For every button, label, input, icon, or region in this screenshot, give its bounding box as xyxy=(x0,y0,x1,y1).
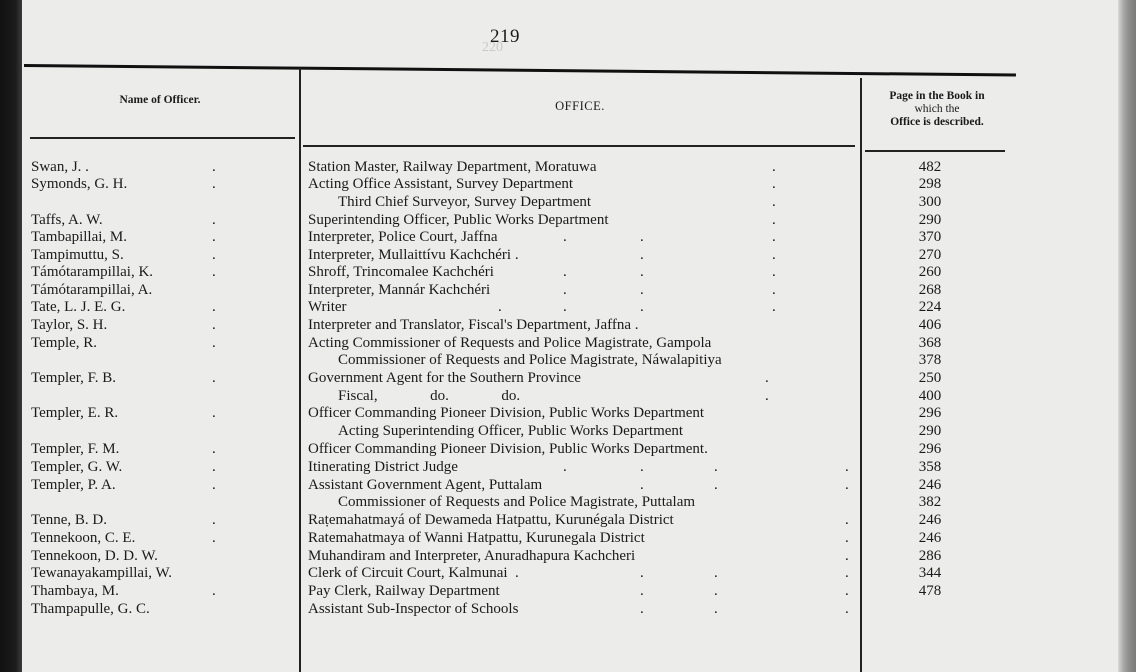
leader-dot: . xyxy=(772,175,776,193)
column-header-page-line1: Page in the Book in xyxy=(862,90,1012,103)
officer-name: Támótarampillai, K. xyxy=(31,263,153,281)
page-reference: 478 xyxy=(900,582,960,600)
column-header-page: Page in the Book in which the Office is … xyxy=(862,90,1012,129)
office-title: Interpreter, Police Court, Jaffna xyxy=(308,228,497,246)
header-rule-office xyxy=(303,145,855,147)
leader-dot: . xyxy=(772,281,776,299)
column-header-office: OFFICE. xyxy=(480,100,680,113)
leader-dot: . xyxy=(212,316,216,334)
table-row: Acting Superintending Officer, Public Wo… xyxy=(0,422,1136,440)
office-title: Commissioner of Requests and Police Magi… xyxy=(338,493,695,511)
leader-dot: . xyxy=(212,529,216,547)
table-row: Tennekoon, C. E..Ratemahatmaya of Wanni … xyxy=(0,529,1136,547)
page-reference: 290 xyxy=(900,211,960,229)
page-reference: 246 xyxy=(900,529,960,547)
page-reference: 246 xyxy=(900,511,960,529)
table-row: Swan, J. ..Station Master, Railway Depar… xyxy=(0,158,1136,176)
leader-dot: . xyxy=(845,547,849,565)
office-title: Officer Commanding Pioneer Division, Pub… xyxy=(308,404,704,422)
table-row: Támótarampillai, K..Shroff, Trincomalee … xyxy=(0,263,1136,281)
table-row: Symonds, G. H..Acting Office Assistant, … xyxy=(0,175,1136,193)
leader-dot: . xyxy=(714,564,718,582)
leader-dot: . xyxy=(772,158,776,176)
table-row: Templer, E. R..Officer Commanding Pionee… xyxy=(0,404,1136,422)
column-header-page-line2: which the xyxy=(862,103,1012,116)
leader-dot: . xyxy=(563,458,567,476)
leader-dot: . xyxy=(212,228,216,246)
leader-dot: . xyxy=(212,263,216,281)
officer-name: Templer, F. B. xyxy=(31,369,116,387)
leader-dot: . xyxy=(563,298,567,316)
leader-dot: . xyxy=(772,246,776,264)
office-title: Acting Commissioner of Requests and Poli… xyxy=(308,334,711,352)
leader-dot: . xyxy=(640,600,644,618)
office-title: Fiscal, do. do. xyxy=(338,387,520,405)
page-reference: 298 xyxy=(900,175,960,193)
page-reference: 290 xyxy=(900,422,960,440)
page-reference: 400 xyxy=(900,387,960,405)
table-row: Tenne, B. D..Raṭemahatmayá of Dewameda H… xyxy=(0,511,1136,529)
page-reference: 246 xyxy=(900,476,960,494)
officer-name: Taffs, A. W. xyxy=(31,211,103,229)
officer-name: Templer, G. W. xyxy=(31,458,122,476)
leader-dot: . xyxy=(772,211,776,229)
leader-dot: . xyxy=(640,228,644,246)
page-reference: 260 xyxy=(900,263,960,281)
leader-dot: . xyxy=(640,298,644,316)
office-title: Acting Office Assistant, Survey Departme… xyxy=(308,175,573,193)
officer-name: Tenne, B. D. xyxy=(31,511,107,529)
table-row: Tampimuttu, S..Interpreter, Mullaittívu … xyxy=(0,246,1136,264)
leader-dot: . xyxy=(212,211,216,229)
leader-dot: . xyxy=(640,246,644,264)
office-title: Shroff, Trincomalee Kachchéri xyxy=(308,263,494,281)
officer-name: Tate, L. J. E. G. xyxy=(31,298,125,316)
officer-name: Templer, F. M. xyxy=(31,440,119,458)
office-title: Acting Superintending Officer, Public Wo… xyxy=(338,422,683,440)
table-row: Commissioner of Requests and Police Magi… xyxy=(0,351,1136,369)
officer-name: Thambaya, M. xyxy=(31,582,119,600)
leader-dot: . xyxy=(563,228,567,246)
leader-dot: . xyxy=(212,158,216,176)
page-reference: 368 xyxy=(900,334,960,352)
table-row: Templer, G. W..Itinerating District Judg… xyxy=(0,458,1136,476)
leader-dot: . xyxy=(714,582,718,600)
office-title: Superintending Officer, Public Works Dep… xyxy=(308,211,609,229)
table-row: Thambaya, M..Pay Clerk, Railway Departme… xyxy=(0,582,1136,600)
page-reference: 224 xyxy=(900,298,960,316)
table-row: Templer, F. M..Officer Commanding Pionee… xyxy=(0,440,1136,458)
office-title: Station Master, Railway Department, Mora… xyxy=(308,158,597,176)
leader-dot: . xyxy=(212,175,216,193)
table-row: Temple, R..Acting Commissioner of Reques… xyxy=(0,334,1136,352)
officer-name: Templer, P. A. xyxy=(31,476,116,494)
table-row: Templer, F. B..Government Agent for the … xyxy=(0,369,1136,387)
leader-dot: . xyxy=(845,564,849,582)
leader-dot: . xyxy=(212,298,216,316)
leader-dot: . xyxy=(845,458,849,476)
leader-dot: . xyxy=(563,281,567,299)
officer-name: Tennekoon, C. E. xyxy=(31,529,135,547)
officer-name: Swan, J. . xyxy=(31,158,89,176)
office-title: Government Agent for the Southern Provin… xyxy=(308,369,581,387)
officer-name: Temple, R. xyxy=(31,334,97,352)
leader-dot: . xyxy=(845,600,849,618)
page-reference: 268 xyxy=(900,281,960,299)
officer-name: Tennekoon, D. D. W. xyxy=(31,547,158,565)
office-title: Ratemahatmaya of Wanni Hatpattu, Kuruneg… xyxy=(308,529,645,547)
page-reference: 250 xyxy=(900,369,960,387)
office-title: Clerk of Circuit Court, Kalmunai . xyxy=(308,564,519,582)
leader-dot: . xyxy=(714,600,718,618)
page-reference: 378 xyxy=(900,351,960,369)
page-reference: 344 xyxy=(900,564,960,582)
leader-dot: . xyxy=(212,476,216,494)
leader-dot: . xyxy=(714,458,718,476)
leader-dot: . xyxy=(845,476,849,494)
leader-dot: . xyxy=(212,582,216,600)
page-reference: 300 xyxy=(900,193,960,211)
office-title: Writer xyxy=(308,298,347,316)
leader-dot: . xyxy=(212,458,216,476)
table-row: Támótarampillai, A.Interpreter, Mannár K… xyxy=(0,281,1136,299)
leader-dot: . xyxy=(563,263,567,281)
header-rule-name xyxy=(30,137,295,139)
office-title: Assistant Sub-Inspector of Schools xyxy=(308,600,518,618)
office-title: Interpreter, Mullaittívu Kachchéri . xyxy=(308,246,519,264)
table-row: Tambapillai, M..Interpreter, Police Cour… xyxy=(0,228,1136,246)
column-header-name: Name of Officer. xyxy=(60,94,260,107)
page-reference: 382 xyxy=(900,493,960,511)
table-row: Fiscal, do. do..400 xyxy=(0,387,1136,405)
page-reference: 406 xyxy=(900,316,960,334)
leader-dot: . xyxy=(845,529,849,547)
page-reference: 358 xyxy=(900,458,960,476)
leader-dot: . xyxy=(498,298,502,316)
table-row: Third Chief Surveyor, Survey Department.… xyxy=(0,193,1136,211)
leader-dot: . xyxy=(212,440,216,458)
page-reference: 286 xyxy=(900,547,960,565)
leader-dot: . xyxy=(714,476,718,494)
office-title: Interpreter, Mannár Kachchéri xyxy=(308,281,490,299)
leader-dot: . xyxy=(772,228,776,246)
office-title: Third Chief Surveyor, Survey Department xyxy=(338,193,591,211)
leader-dot: . xyxy=(765,369,769,387)
leader-dot: . xyxy=(212,511,216,529)
header-rule-page xyxy=(865,150,1005,152)
leader-dot: . xyxy=(845,511,849,529)
page-reference: 296 xyxy=(900,404,960,422)
office-title: Officer Commanding Pioneer Division, Pub… xyxy=(308,440,708,458)
table-row: Thampapulle, G. C.Assistant Sub-Inspecto… xyxy=(0,600,1136,618)
leader-dot: . xyxy=(640,281,644,299)
leader-dot: . xyxy=(772,298,776,316)
office-title: Commissioner of Requests and Police Magi… xyxy=(338,351,722,369)
table-row: Taffs, A. W..Superintending Officer, Pub… xyxy=(0,211,1136,229)
table-top-rule xyxy=(24,64,1016,77)
office-title: Assistant Government Agent, Puttalam xyxy=(308,476,542,494)
leader-dot: . xyxy=(640,582,644,600)
officer-name: Tampimuttu, S. xyxy=(31,246,124,264)
table-row: Tate, L. J. E. G..Writer....224 xyxy=(0,298,1136,316)
leader-dot: . xyxy=(212,334,216,352)
officer-name: Thampapulle, G. C. xyxy=(31,600,150,618)
office-title: Muhandiram and Interpreter, Anuradhapura… xyxy=(308,547,635,565)
table-row: Commissioner of Requests and Police Magi… xyxy=(0,493,1136,511)
leader-dot: . xyxy=(640,458,644,476)
table-row: Tennekoon, D. D. W.Muhandiram and Interp… xyxy=(0,547,1136,565)
table-row: Taylor, S. H..Interpreter and Translator… xyxy=(0,316,1136,334)
column-header-page-line3: Office is described. xyxy=(862,116,1012,129)
officer-name: Támótarampillai, A. xyxy=(31,281,152,299)
leader-dot: . xyxy=(772,263,776,281)
leader-dot: . xyxy=(212,404,216,422)
officer-name: Symonds, G. H. xyxy=(31,175,127,193)
leader-dot: . xyxy=(765,387,769,405)
page-reference: 270 xyxy=(900,246,960,264)
leader-dot: . xyxy=(640,476,644,494)
officer-name: Tambapillai, M. xyxy=(31,228,127,246)
page-reference: 482 xyxy=(900,158,960,176)
leader-dot: . xyxy=(845,582,849,600)
officer-name: Tewanayakampillai, W. xyxy=(31,564,172,582)
leader-dot: . xyxy=(772,193,776,211)
office-title: Raṭemahatmayá of Dewameda Hatpattu, Kuru… xyxy=(308,511,674,529)
table-row: Tewanayakampillai, W.Clerk of Circuit Co… xyxy=(0,564,1136,582)
officer-name: Templer, E. R. xyxy=(31,404,118,422)
page-reference: 296 xyxy=(900,440,960,458)
leader-dot: . xyxy=(212,369,216,387)
leader-dot: . xyxy=(640,263,644,281)
officer-name: Taylor, S. H. xyxy=(31,316,107,334)
office-title: Pay Clerk, Railway Department xyxy=(308,582,500,600)
office-title: Interpreter and Translator, Fiscal's Dep… xyxy=(308,316,638,334)
office-title: Itinerating District Judge xyxy=(308,458,458,476)
leader-dot: . xyxy=(640,564,644,582)
table-row: Templer, P. A..Assistant Government Agen… xyxy=(0,476,1136,494)
leader-dot: . xyxy=(212,246,216,264)
page-reference: 370 xyxy=(900,228,960,246)
show-through-page-number: 220 xyxy=(482,40,503,56)
